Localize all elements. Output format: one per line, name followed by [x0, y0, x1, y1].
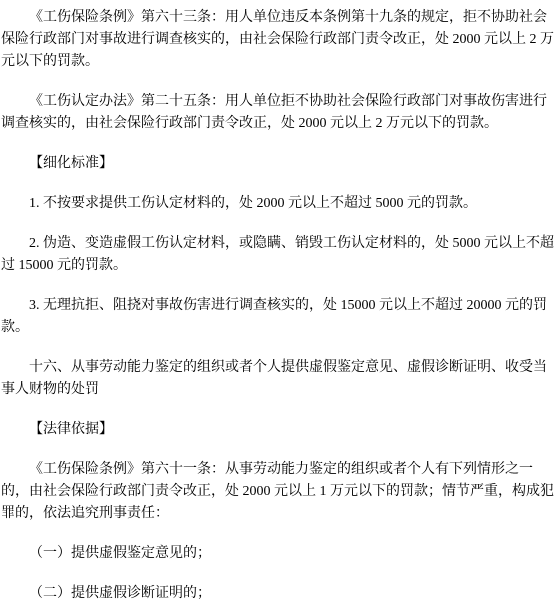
paragraph-heading: 十六、从事劳动能力鉴定的组织或者个人提供虚假鉴定意见、虚假诊断证明、收受当事人财…	[1, 357, 559, 401]
paragraph-section-label: 【法律依据】	[1, 419, 559, 441]
paragraph-list-item: （二）提供虚假诊断证明的；	[1, 583, 559, 605]
paragraph-body: 《工伤保险条例》第六十一条：从事劳动能力鉴定的组织或者个人有下列情形之一的，由社…	[1, 459, 559, 525]
paragraph-list-item: （一）提供虚假鉴定意见的；	[1, 543, 559, 565]
legal-document: 《工伤保险条例》第六十三条：用人单位违反本条例第十九条的规定，拒不协助社会保险行…	[0, 0, 560, 611]
paragraph-body: 2. 伪造、变造虚假工伤认定材料，或隐瞒、销毁工伤认定材料的，处 5000 元以…	[1, 233, 559, 277]
paragraph-body: 1. 不按要求提供工伤认定材料的，处 2000 元以上不超过 5000 元的罚款…	[1, 193, 559, 215]
paragraph-body: 《工伤认定办法》第二十五条：用人单位拒不协助社会保险行政部门对事故伤害进行调查核…	[1, 91, 559, 135]
paragraph-body: 《工伤保险条例》第六十三条：用人单位违反本条例第十九条的规定，拒不协助社会保险行…	[1, 7, 559, 73]
paragraph-body: 3. 无理抗拒、阻挠对事故伤害进行调查核实的，处 15000 元以上不超过 20…	[1, 295, 559, 339]
paragraph-section-label: 【细化标准】	[1, 153, 559, 175]
